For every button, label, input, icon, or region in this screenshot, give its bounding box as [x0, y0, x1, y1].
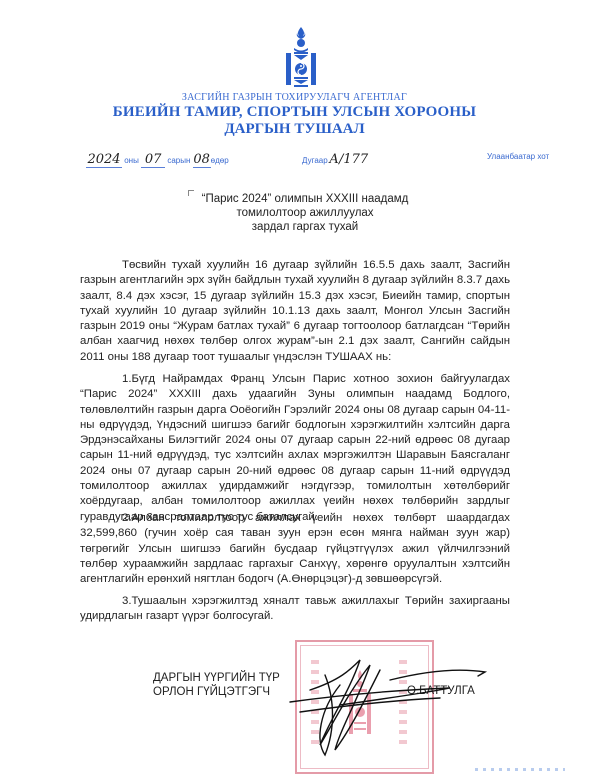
date-month: 07 [141, 152, 165, 168]
signatory-title-line: ДАРГЫН ҮҮРГИЙН ТҮР [153, 671, 280, 685]
number-label: Дугаар [302, 156, 328, 165]
signatory-title: ДАРГЫН ҮҮРГИЙН ТҮР ОРЛОН ГҮЙЦЭТГЭГЧ [153, 671, 280, 699]
order-item-text: 2.Албан томилолтоор ажиллах үеийн нөхөх … [80, 512, 510, 585]
preamble-text: Төсвийн тухай хуулийн 16 дугаар зүйлийн … [80, 259, 510, 363]
order-item-text: 3.Тушаалын хэрэгжилтэд хяналт тавьж ажил… [80, 595, 510, 622]
soyombo-emblem-icon [284, 27, 318, 89]
order-item-1: 1.Бүгд Найрамдах Франц Улсын Парис хотно… [80, 372, 510, 525]
date-year: 2024 [86, 152, 122, 168]
order-item-3: 3.Тушаалын хэрэгжилтэд хяналт тавьж ажил… [80, 594, 510, 625]
order-number: А/177 [328, 152, 370, 167]
place: Улаанбаатар хот [487, 152, 549, 161]
organization-name: БИЕИЙН ТАМИР, СПОРТЫН УЛСЫН ХОРООНЫ [0, 104, 589, 121]
title-line: томилолтоор ажиллуулах [180, 206, 430, 220]
document-type: ДАРГЫН ТУШААЛ [0, 121, 589, 138]
month-label: сарын [167, 156, 190, 165]
day-label: өдөр [211, 156, 229, 165]
year-label: оны [124, 156, 139, 165]
date-day: 08 [193, 152, 211, 168]
handwritten-signature [280, 650, 490, 760]
agency-name: ЗАСГИЙН ГАЗРЫН ТОХИРУУЛАГЧ АГЕНТЛАГ [0, 92, 589, 103]
date-field: 2024 оны 07 сарын 08өдөр [86, 152, 229, 168]
order-item-text: 1.Бүгд Найрамдах Франц Улсын Парис хотно… [80, 373, 510, 523]
order-item-2: 2.Албан томилолтоор ажиллах үеийн нөхөх … [80, 511, 510, 587]
order-number-field: ДугаарА/177 [302, 152, 370, 167]
signatory-title-line: ОРЛОН ГҮЙЦЭТГЭГЧ [153, 685, 280, 699]
preamble-paragraph: Төсвийн тухай хуулийн 16 дугаар зүйлийн … [80, 258, 510, 365]
footer-mark [475, 768, 565, 771]
document-title: “Парис 2024” олимпын XXXIII наадамд томи… [180, 192, 430, 234]
title-line: “Парис 2024” олимпын XXXIII наадамд [180, 192, 430, 206]
title-line: зардал гаргах тухай [180, 220, 430, 234]
